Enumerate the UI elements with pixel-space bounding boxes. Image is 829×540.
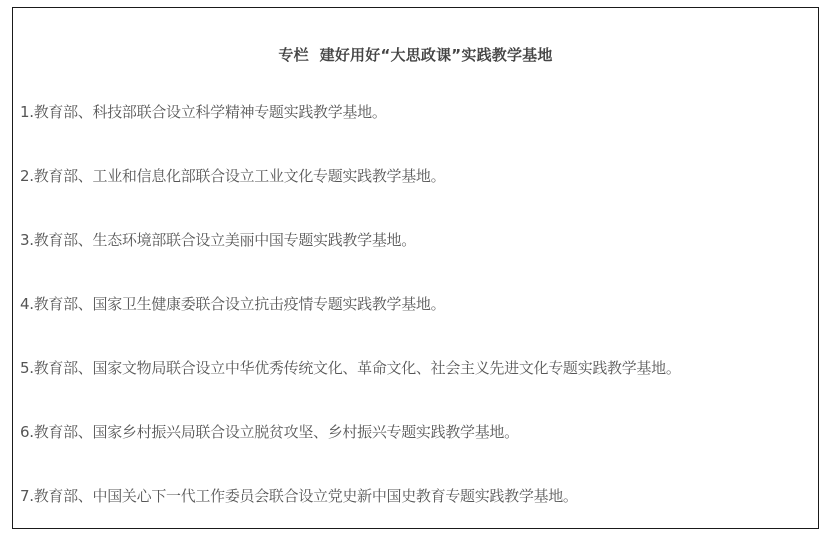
list-item: 4.教育部、国家卫生健康委联合设立抗击疫情专题实践教学基地。: [20, 293, 445, 314]
list-item: 1.教育部、科技部联合设立科学精神专题实践教学基地。: [20, 101, 387, 122]
list-item: 2.教育部、工业和信息化部联合设立工业文化专题实践教学基地。: [20, 165, 445, 186]
column-title: 专栏 建好用好“大思政课”实践教学基地: [13, 44, 818, 65]
list-item: 5.教育部、国家文物局联合设立中华优秀传统文化、革命文化、社会主义先进文化专题实…: [20, 357, 681, 378]
list-item: 3.教育部、生态环境部联合设立美丽中国专题实践教学基地。: [20, 229, 416, 250]
column-box: 专栏 建好用好“大思政课”实践教学基地 1.教育部、科技部联合设立科学精神专题实…: [12, 7, 819, 529]
list-item: 6.教育部、国家乡村振兴局联合设立脱贫攻坚、乡村振兴专题实践教学基地。: [20, 421, 519, 442]
list-item: 7.教育部、中国关心下一代工作委员会联合设立党史新中国史教育专题实践教学基地。: [20, 485, 578, 506]
